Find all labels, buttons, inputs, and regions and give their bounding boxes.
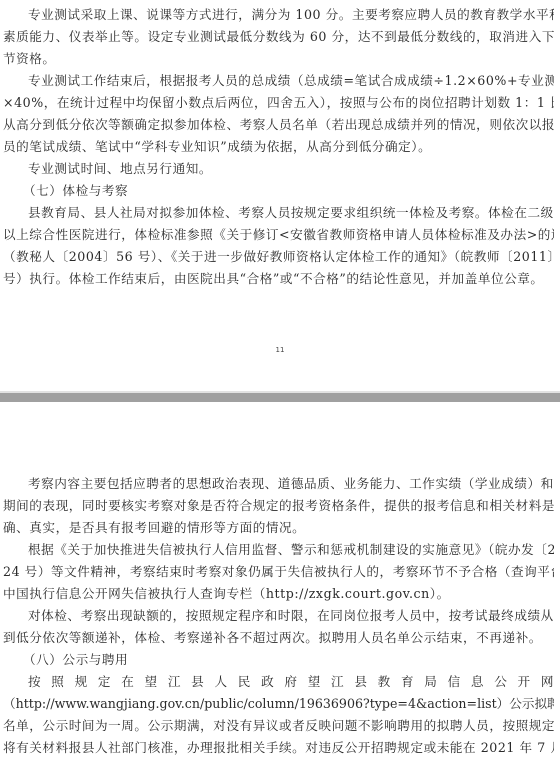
document-page-bottom: 考察内容主要包括应聘者的思想政治表现、道德品质、业务能力、工作实绩（学业成绩）和… — [0, 402, 560, 763]
paragraph-line: 以上综合性医院进行，体检标准参照《关于修订<安徽省教师资格申请人员体检标准及办法… — [3, 227, 554, 243]
paragraph-line: 对体检、考察出现缺额的，按照规定程序和时限，在同岗位报考人员中，按考试最终成绩从… — [3, 608, 554, 624]
paragraph-line: 专业测试采取上课、说课等方式进行，满分为 100 分。主要考察应聘人员的教育教学… — [3, 7, 554, 23]
paragraph-line: 号）执行。体检工作结束后，由医院出具“合格”或“不合格”的结论性意见，并加盖单位… — [3, 271, 554, 287]
paragraph-line: 24 号）等文件精神，考察结束时考察对象仍属于失信被执行人的，考察环节不予合格（… — [3, 564, 554, 580]
document-page-top: 专业测试采取上课、说课等方式进行，满分为 100 分。主要考察应聘人员的教育教学… — [0, 0, 560, 392]
paragraph-line: 到低分依次等额递补，体检、考察递补各不超过两次。拟聘用人员名单公示结束，不再递补… — [3, 630, 554, 646]
paragraph-line: 根据《关于加快推进失信被执行人信用监督、警示和惩戒机制建设的实施意见》（皖办发〔… — [3, 542, 554, 558]
section-heading-8: （八）公示与聘用 — [3, 652, 554, 668]
paragraph-line: 员的笔试成绩、笔试中“学科专业知识”成绩为依据，从高分到低分确定）。 — [3, 139, 554, 155]
page-separator — [0, 391, 560, 402]
section-heading-7: （七）体检与考察 — [3, 183, 554, 199]
paragraph-line: 期间的表现，同时要核实考察对象是否符合规定的报考资格条件，提供的报考信息和相关材… — [3, 498, 554, 514]
page-number: 11 — [0, 346, 560, 354]
paragraph-line: 名单，公示时间为一周。公示期满，对没有异议或者反映问题不影响聘用的拟聘人员，按照… — [3, 718, 554, 734]
paragraph-line: 专业测试工作结束后，根据报考人员的总成绩（总成绩=笔试合成成绩÷1.2×60%+… — [3, 73, 554, 89]
paragraph-line: 确、真实，是否具有报考回避的情形等方面的情况。 — [3, 520, 554, 536]
paragraph-line: 考察内容主要包括应聘者的思想政治表现、道德品质、业务能力、工作实绩（学业成绩）和… — [3, 476, 554, 492]
paragraph-line: 中国执行信息公开网失信被执行人查询专栏（http://zxgk.court.go… — [3, 586, 554, 602]
paragraph-line: 县教育局、县人社局对拟参加体检、考察人员按规定要求组织统一体检及考察。体检在二级… — [3, 205, 554, 221]
paragraph-line-url: （http://www.wangjiang.gov.cn/public/colu… — [3, 696, 554, 712]
paragraph-line: 节资格。 — [3, 51, 554, 67]
paragraph-line: 素质能力、仪表举止等。设定专业测试最低分数线为 60 分，达不到最低分数线的，取… — [3, 29, 554, 45]
paragraph-line: ×40%，在统计过程中均保留小数点后两位，四舍五入），按照与公布的岗位招聘计划数… — [3, 95, 554, 111]
paragraph-line: 专业测试时间、地点另行通知。 — [3, 161, 554, 177]
paragraph-line: 将有关材料报县人社部门核准，办理报批相关手续。对违反公开招聘规定或未能在 202… — [3, 740, 554, 756]
paragraph-line: （教秘人〔2004〕56 号）、《关于进一步做好教师资格认定体检工作的通知》（皖… — [3, 249, 554, 265]
paragraph-line: 按 照 规 定 在 望 江 县 人 民 政 府 望 江 县 教 育 局 信 息 … — [3, 674, 554, 690]
paragraph-line: 从高分到低分依次等额确定拟参加体检、考察人员名单（若出现总成绩并列的情况，则依次… — [3, 117, 554, 133]
